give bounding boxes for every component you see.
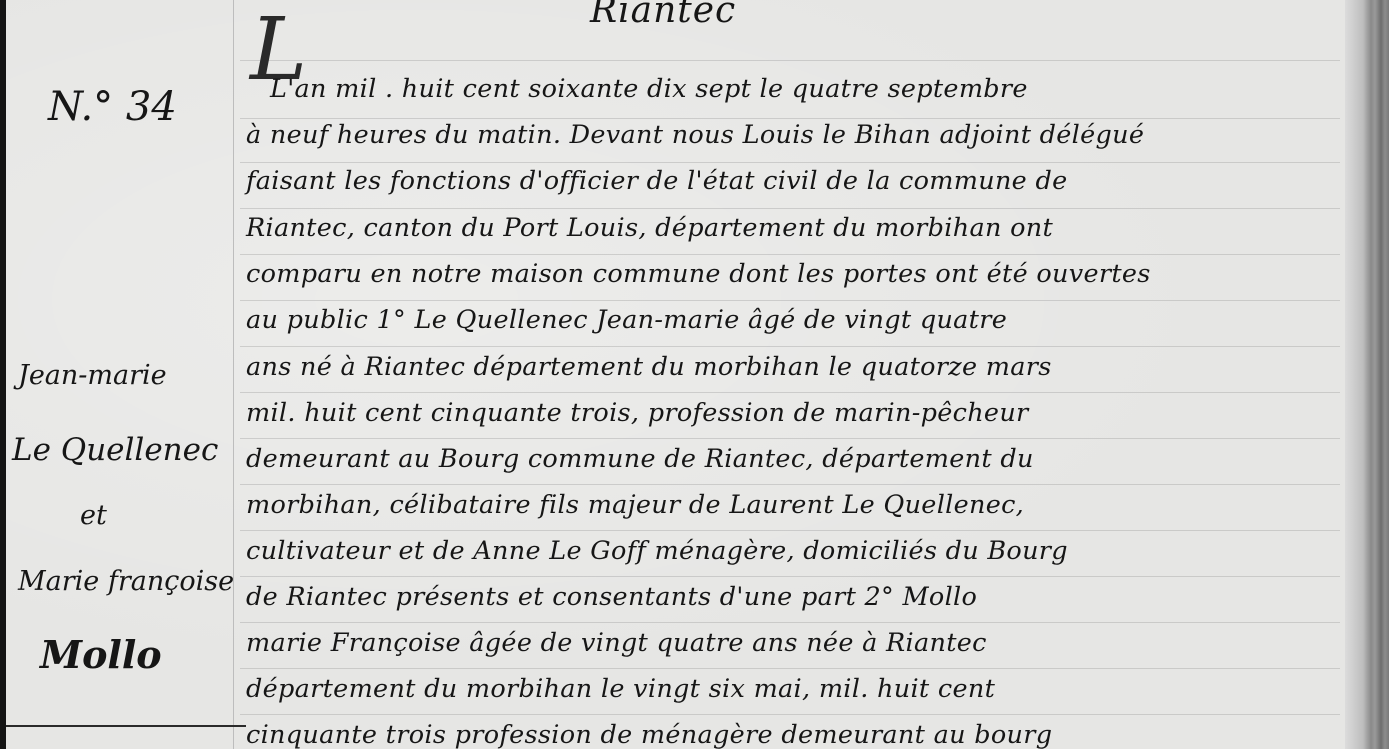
margin-bride-given-name: Marie françoise — [18, 566, 234, 597]
ruled-line — [240, 300, 1340, 301]
margin-conjunction: et — [80, 500, 107, 531]
ruled-line — [240, 208, 1340, 209]
register-page: Riantec L N.° 34 Jean-marie Le Quellenec… — [0, 0, 1389, 749]
ruled-line — [240, 668, 1340, 669]
body-line: cinquante trois profession de ménagère d… — [246, 720, 1052, 749]
body-line: de Riantec présents et consentants d'une… — [246, 582, 977, 612]
margin-rule — [233, 0, 234, 749]
body-line: faisant les fonctions d'officier de l'ét… — [246, 166, 1067, 196]
ruled-line — [240, 118, 1340, 119]
body-line: marie Françoise âgée de vingt quatre ans… — [246, 628, 987, 658]
ruled-line — [240, 162, 1340, 163]
body-line: mil. huit cent cinquante trois, professi… — [246, 398, 1029, 428]
ruled-line — [240, 484, 1340, 485]
body-line: au public 1° Le Quellenec Jean-marie âgé… — [246, 305, 1007, 335]
margin-groom-surname: Le Quellenec — [12, 432, 218, 468]
body-line: cultivateur et de Anne Le Goff ménagère,… — [246, 536, 1068, 566]
ruled-line — [240, 346, 1340, 347]
body-line: ans né à Riantec département du morbihan… — [246, 352, 1052, 382]
ruled-line — [240, 60, 1340, 61]
ruled-line — [240, 392, 1340, 393]
body-line: à neuf heures du matin. Devant nous Loui… — [246, 120, 1144, 150]
act-number: N.° 34 — [48, 84, 177, 130]
binding-edge — [0, 0, 6, 749]
margin-bride-surname: Mollo — [40, 632, 162, 677]
book-gutter — [1345, 0, 1389, 749]
header-place-name: Riantec — [590, 0, 736, 31]
ruled-line — [240, 622, 1340, 623]
body-line: morbihan, célibataire fils majeur de Lau… — [246, 490, 1024, 520]
ruled-line — [240, 714, 1340, 715]
body-line: comparu en notre maison commune dont les… — [246, 259, 1151, 289]
body-line: Riantec, canton du Port Louis, départeme… — [246, 213, 1053, 243]
ruled-line — [240, 576, 1340, 577]
body-line: département du morbihan le vingt six mai… — [246, 674, 995, 704]
ruled-line — [240, 438, 1340, 439]
body-line: demeurant au Bourg commune de Riantec, d… — [246, 444, 1034, 474]
ruled-line — [240, 254, 1340, 255]
margin-groom-given-name: Jean-marie — [18, 360, 167, 391]
body-line: L'an mil . huit cent soixante dix sept l… — [270, 74, 1028, 104]
margin-divider — [6, 725, 246, 727]
ruled-line — [240, 530, 1340, 531]
